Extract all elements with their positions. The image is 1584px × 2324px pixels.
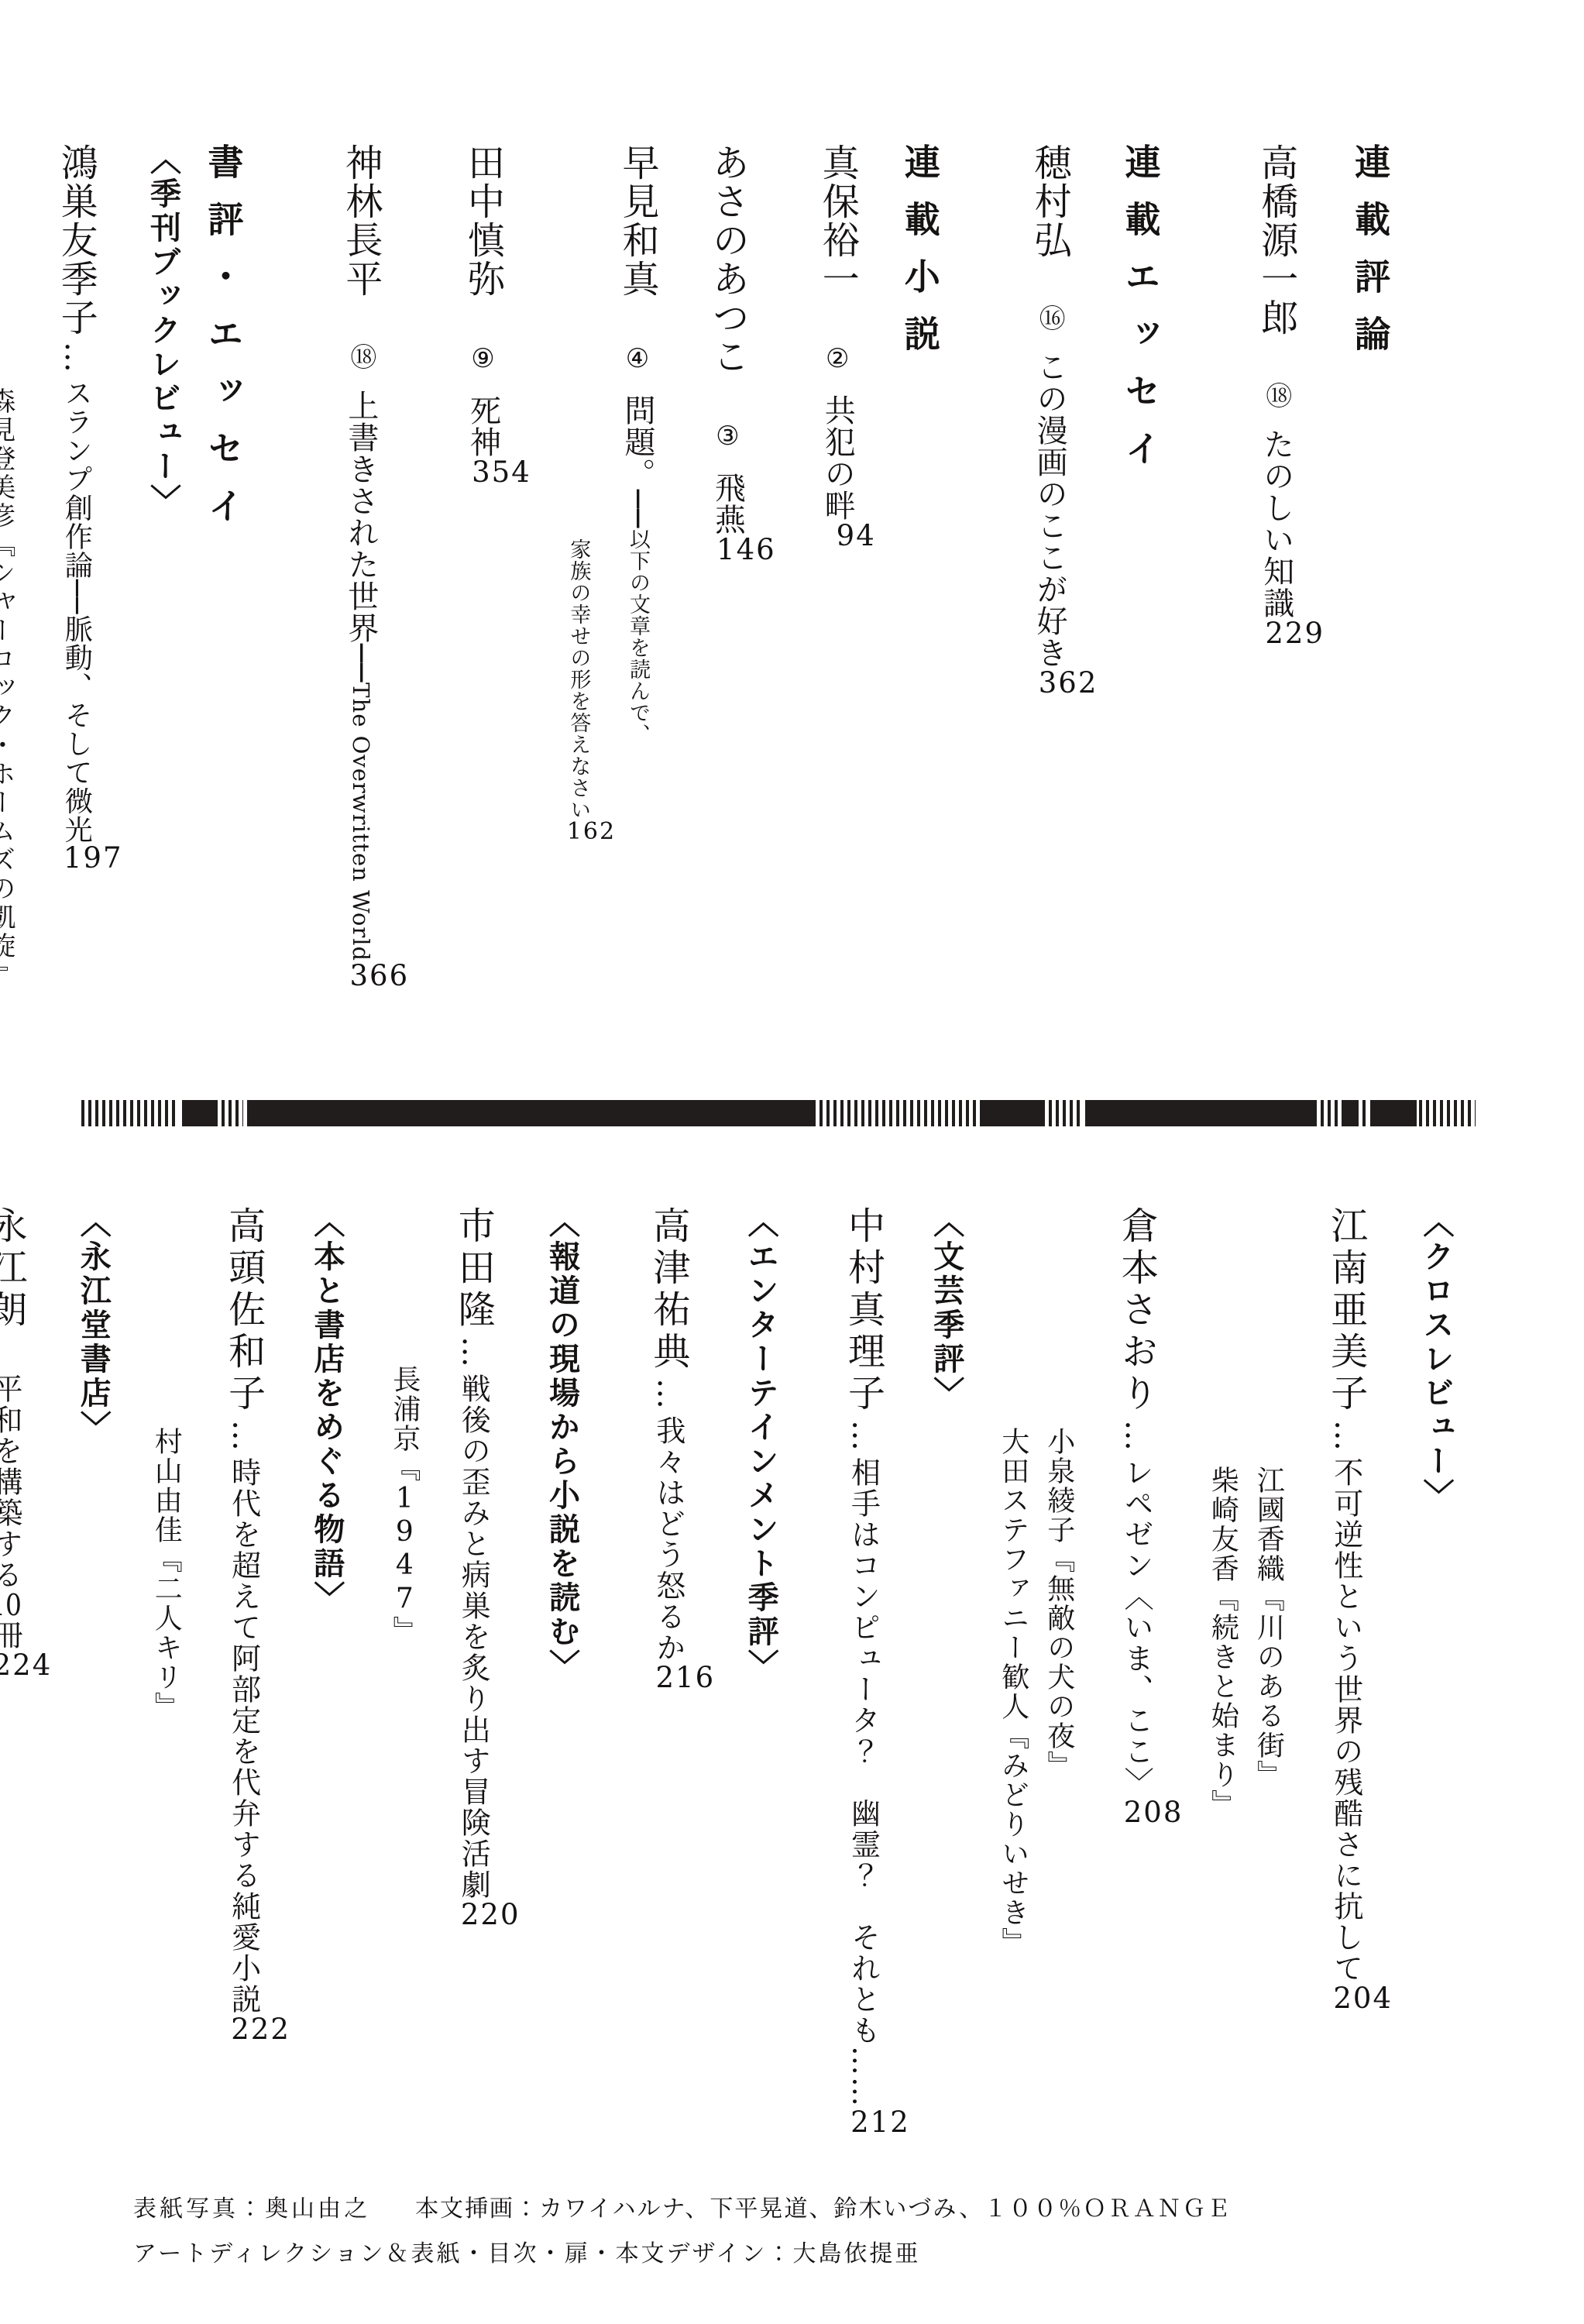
episode-number: ⑯ — [1034, 304, 1065, 331]
bottom-toc-section: 〈クロスレビュー〉 江南亜美子…不可逆性という世界の残酷さに抗して204 江國香… — [0, 1206, 1452, 2236]
book-text: 小泉綾子『無敵の犬の夜』 — [1043, 1427, 1075, 1780]
divider-block — [247, 1100, 813, 1126]
header-text: 〈永江堂書店〉 — [75, 1206, 111, 1445]
entry-subtitle-line1: 以下の文章を読んで、 — [626, 528, 650, 745]
entry-enami-amiko: 江南亜美子…不可逆性という世界の残酷さに抗して204 江國香織『川のある街』 柴… — [1208, 1206, 1393, 2236]
author-name: 高頭佐和子 — [222, 1206, 266, 1415]
header-text: 〈季刊ブックレビュー〉 — [146, 143, 181, 518]
book-text-pre: 長浦京『 — [389, 1365, 421, 1483]
entry-main-line: 倉本さおり…レペゼン〈いま、ここ〉208 — [1090, 1206, 1184, 2236]
leader-dots: … — [845, 1420, 881, 1451]
barcode-divider — [81, 1100, 1476, 1126]
entry-hayami-kazumasa: 早見和真④問題。──以下の文章を読んで、 家族の幸せの形を答えなさい162 — [541, 143, 656, 1150]
entry-title: 不可逆性という世界の残酷さに抗して — [1329, 1457, 1363, 1984]
reviewed-book-title: 村山由佳『二人キリ』 — [152, 1206, 180, 2236]
entry-kuramoto-saori: 倉本さおり…レペゼン〈いま、ここ〉208 小泉綾子『無敵の犬の夜』 大田ステファ… — [999, 1206, 1184, 2236]
leader-dots: … — [1328, 1420, 1364, 1451]
divider-block — [1370, 1100, 1417, 1126]
reviewed-book-title: 森見登美彦『シャーロック・ホームズの凱旋』 — [0, 143, 13, 1150]
reviewed-book-title: 小泉綾子『無敵の犬の夜』 — [1045, 1206, 1073, 2236]
episode-number: ④ — [622, 343, 653, 374]
entry-title: 死神 — [465, 394, 500, 458]
author-name: 中村真理子 — [841, 1206, 885, 1415]
episode-number: ⑱ — [345, 343, 376, 370]
entry-title: 飛燕 — [710, 472, 745, 535]
entry-title: 我々はどう怒るか — [651, 1415, 685, 1663]
header-cross-review: 〈クロスレビュー〉 — [1421, 1206, 1452, 2236]
author-name: 穂村弘 — [1028, 143, 1071, 260]
book-text: 大田ステファニー歓人『みどりいせき』 — [998, 1427, 1029, 1957]
cover-photo-credit: 表紙写真：奥山由之 — [133, 2195, 370, 2223]
entry-title: 共犯の畔 — [819, 394, 855, 521]
art-direction-credit: アートディレクション＆表紙・目次・扉・本文デザイン：大島依提亜 — [133, 2240, 920, 2267]
entry-kambayashi-chohei: 神林長平⑱上書きされた世界──The Overwritten World366 — [313, 143, 410, 1150]
divider-block — [1343, 1100, 1356, 1126]
entry-title: 上書きされた世界── — [343, 390, 379, 682]
entry-takato-sawako: 高頭佐和子…時代を超えて阿部定を代弁する純愛小説222 村山由佳『二人キリ』 — [152, 1206, 290, 2236]
author-name: 早見和真 — [616, 143, 659, 298]
header-quarterly-book-review: 〈季刊ブックレビュー〉 — [148, 143, 179, 1150]
entry-title: 時代を超えて阿部定を代弁する純愛小説 — [227, 1457, 261, 2015]
category-label-reviews-essays: 書評・エッセイ — [206, 143, 242, 1150]
episode-number: ② — [822, 343, 853, 374]
category-text: 書評・エッセイ — [203, 143, 245, 545]
entry-takatsu-yusuke: 高津祐典…我々はどう怒るか216 — [622, 1206, 716, 2236]
entry-konosu-yukiko: 鴻巣友季子…スランプ創作論──脈動、そして微光197 森見登美彦『シャーロック・… — [0, 143, 123, 1150]
entry-title: スランプ創作論──脈動、そして微光 — [60, 379, 92, 844]
entry-nagae-akira: 永江朗…平和を構築する10冊224 — [0, 1206, 52, 2236]
divider-stripes — [1314, 1100, 1343, 1126]
entry-title-count: 10 — [0, 1590, 22, 1620]
entry-shimpo-yuichi: 真保裕一②共犯の畔94 — [799, 143, 876, 1150]
page-number: 208 — [1124, 1798, 1184, 1827]
leader-dots: … — [58, 342, 94, 373]
header-bungei-kihyo: 〈文芸季評〉 — [931, 1206, 962, 2236]
divider-block — [983, 1100, 1045, 1126]
author-name: 倉本さおり — [1115, 1206, 1158, 1415]
category-text: 連載小説 — [899, 143, 941, 373]
divider-stripes — [1049, 1100, 1081, 1126]
entry-subtitle-latin: The Overwritten World — [348, 682, 374, 961]
page-number: 354 — [472, 458, 531, 486]
entry-asano-atsuko: あさのあつこ③飛燕146 — [679, 143, 776, 1150]
category-text: 連載エッセイ — [1119, 143, 1161, 487]
header-text: 〈エンターテインメント季評〉 — [743, 1206, 778, 1683]
entry-subtitle-line2-col: 家族の幸せの形を答えなさい162 — [541, 143, 616, 1150]
page-number: 362 — [1039, 669, 1098, 697]
page-number: 162 — [567, 820, 616, 844]
top-toc-section: 連載評論 高橋源一郎⑱たのしい知識229 連載エッセイ 穂村弘⑯この漫画のここが… — [0, 143, 1388, 1150]
reviewed-book-title: 柴崎友香『続きと始まり』 — [1208, 1206, 1236, 2236]
header-hon-to-shoten: 〈本と書店をめぐる物語〉 — [311, 1206, 342, 2236]
entry-main-line: 市田隆…戦後の歪みと病巣を炙り出す冒険活劇220 — [427, 1206, 521, 2236]
author-name: 高津祐典 — [647, 1206, 690, 1373]
entry-ichida-takashi: 市田隆…戦後の歪みと病巣を炙り出す冒険活劇220 長浦京『1947』 — [390, 1206, 521, 2236]
leader-dots: … — [0, 1336, 23, 1367]
header-text: 〈文芸季評〉 — [929, 1206, 964, 1411]
book-text: 村山由佳『二人キリ』 — [150, 1427, 182, 1721]
episode-number: ⑱ — [1261, 382, 1292, 408]
page-number: 216 — [656, 1663, 716, 1692]
leader-dots: … — [455, 1336, 491, 1367]
author-name: 鴻巣友季子 — [54, 143, 98, 337]
header-text: 〈報道の現場から小説を読む〉 — [545, 1206, 580, 1683]
header-text: 〈本と書店をめぐる物語〉 — [309, 1206, 345, 1615]
entry-title-pre: 平和を構築する — [0, 1373, 22, 1590]
reviewed-book-title: 江國香織『川のある街』 — [1254, 1206, 1282, 2236]
header-entertainment-kihyo: 〈エンターテインメント季評〉 — [745, 1206, 776, 2236]
book-text: 森見登美彦『シャーロック・ホームズの凱旋』 — [0, 387, 15, 989]
leader-dots: … — [1118, 1420, 1154, 1451]
page-number: 222 — [231, 2015, 290, 2044]
entry-main-line: 早見和真④問題。──以下の文章を読んで、 — [619, 143, 656, 1150]
entry-main-line: 鴻巣友季子…スランプ創作論──脈動、そして微光197 — [29, 143, 123, 1150]
header-houdou-genba: 〈報道の現場から小説を読む〉 — [547, 1206, 578, 2236]
book-text: 江國香織『川のある街』 — [1252, 1466, 1284, 1789]
page-number: 220 — [461, 1900, 521, 1929]
leader-dots: … — [651, 1378, 686, 1409]
entry-title: 戦後の歪みと病巣を炙り出す冒険活劇 — [456, 1373, 490, 1900]
author-name: 真保裕一 — [816, 143, 859, 298]
divider-block — [1085, 1100, 1314, 1126]
header-nagaedo-shoten: 〈永江堂書店〉 — [77, 1206, 108, 2236]
entry-subtitle-line2: 家族の幸せの形を答えなさい — [566, 538, 590, 820]
entry-main-line: 江南亜美子…不可逆性という世界の残酷さに抗して204 — [1299, 1206, 1393, 2236]
page-number: 204 — [1333, 1984, 1393, 2013]
book-year-digits: 1947 — [389, 1483, 421, 1616]
page-number: 94 — [837, 521, 876, 550]
divider-stripes — [81, 1100, 178, 1126]
divider-stripes — [1419, 1100, 1476, 1126]
entry-homura-hiroshi: 穂村弘⑯この漫画のここが好き362 — [1002, 143, 1098, 1150]
episode-number: ⑨ — [467, 343, 498, 374]
magazine-toc-page: { "colors": { "ink": "#151212", "paper":… — [0, 0, 1584, 2324]
entry-title: レペゼン〈いま、ここ〉 — [1119, 1457, 1153, 1798]
entry-nakamura-mariko: 中村真理子…相手はコンピュータ？ 幽霊？ それとも……212 — [816, 1206, 910, 2236]
page-number: 146 — [716, 535, 776, 564]
header-text: 〈クロスレビュー〉 — [1418, 1206, 1454, 1513]
book-text: 柴崎友香『続きと始まり』 — [1207, 1466, 1239, 1819]
author-name: 江南亜美子 — [1325, 1206, 1368, 1415]
category-label-serial-review: 連載評論 — [1352, 143, 1388, 1150]
category-label-serial-fiction: 連載小説 — [902, 143, 938, 1150]
page-number: 229 — [1265, 619, 1325, 648]
divider-stripes — [813, 1100, 983, 1126]
page-number: 197 — [64, 844, 123, 872]
divider-stripes — [222, 1100, 243, 1126]
entry-title: たのしい知識 — [1259, 428, 1294, 619]
author-name: 神林長平 — [339, 143, 383, 298]
author-name: 田中慎弥 — [461, 143, 504, 298]
entry-title-post: 冊 — [0, 1620, 22, 1651]
author-name: 市田隆 — [452, 1206, 495, 1332]
divider-stripes — [1356, 1100, 1366, 1126]
credits-line-art-direction: アートディレクション＆表紙・目次・扉・本文デザイン：大島依提亜 — [133, 2234, 920, 2268]
credits-line-photo-illustration: 表紙写真：奥山由之本文挿画：カワイハルナ、下平晃道、鈴木いづみ、１００％ＯＲＡＮ… — [133, 2189, 1232, 2223]
divider-block — [182, 1100, 218, 1126]
reviewed-book-title: 長浦京『1947』 — [390, 1206, 418, 2236]
episode-number: ③ — [712, 421, 743, 452]
author-name: 高橋源一郎 — [1255, 143, 1298, 337]
entry-title: この漫画のここが好き — [1032, 351, 1067, 669]
entry-title: 相手はコンピュータ？ 幽霊？ それとも…… — [846, 1457, 880, 2108]
author-name: あさのあつこ — [706, 143, 749, 376]
illustration-credit: 本文挿画：カワイハルナ、下平晃道、鈴木いづみ、１００％ＯＲＡＮＧＥ — [415, 2195, 1232, 2223]
entry-tanaka-shinya: 田中慎弥⑨死神354 — [435, 143, 531, 1150]
page-number: 212 — [850, 2108, 910, 2137]
leader-dots: … — [226, 1420, 262, 1451]
page-number: 366 — [350, 961, 410, 990]
category-label-serial-essay: 連載エッセイ — [1122, 143, 1158, 1150]
entry-title: 問題。── — [620, 394, 655, 528]
page-number: 224 — [0, 1651, 52, 1679]
category-text: 連載評論 — [1349, 143, 1391, 373]
author-name: 永江朗 — [0, 1206, 27, 1332]
entry-main-line: 高頭佐和子…時代を超えて阿部定を代弁する純愛小説222 — [197, 1206, 290, 2236]
reviewed-book-title: 大田ステファニー歓人『みどりいせき』 — [999, 1206, 1027, 2236]
entry-takahashi-genichiro: 高橋源一郎⑱たのしい知識229 — [1228, 143, 1325, 1150]
book-text-post: 』 — [389, 1616, 421, 1645]
